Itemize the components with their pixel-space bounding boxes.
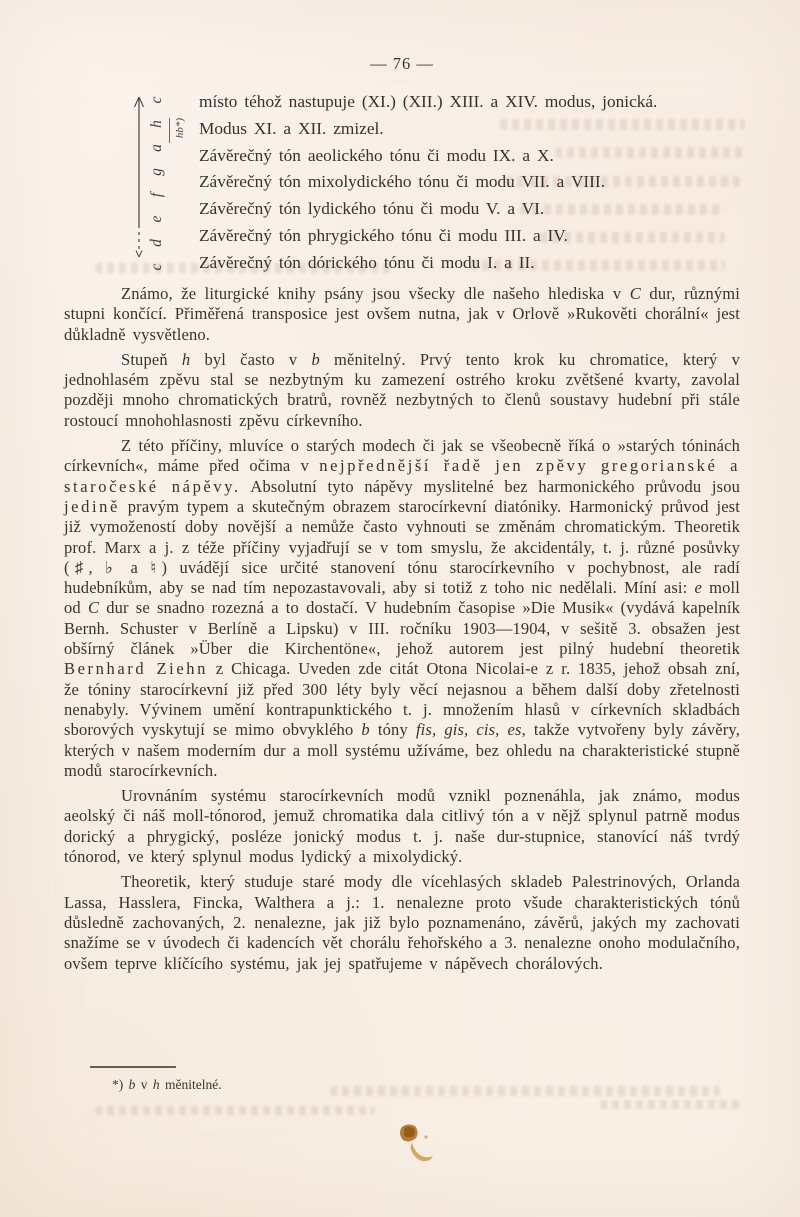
intro-list-line: Modus XI. a XII. zmizel. xyxy=(199,116,759,143)
text-segment: měnitelné. xyxy=(160,1077,222,1092)
scale-letter: c xyxy=(147,90,167,110)
text-segment: C xyxy=(630,284,641,303)
text-segment: C xyxy=(88,598,99,617)
scale-note: hb*) xyxy=(173,111,187,145)
ghost-bleedthrough xyxy=(330,1086,720,1096)
body-text: Známo, že liturgické knihy psány jsou vš… xyxy=(64,284,740,974)
text-segment: b xyxy=(361,720,369,739)
text-segment: Theoretik, který studuje staré mody dle … xyxy=(64,872,740,972)
paragraph: Urovnáním systému starocírkevních modů v… xyxy=(64,786,740,867)
text-segment: Bernhard Ziehn xyxy=(64,659,208,678)
intro-list-line: Závěrečný tón dórického tónu či modu I. … xyxy=(199,250,759,277)
text-segment: b xyxy=(312,350,320,369)
scale-letter: f xyxy=(147,185,167,205)
text-segment: Stupeň xyxy=(121,350,182,369)
text-segment: e xyxy=(695,578,702,597)
scale-letter: c xyxy=(147,257,167,277)
intro-list-line: Závěrečný tón lydického tónu či modu V. … xyxy=(199,196,759,223)
text-segment: dur se snadno rozezná a to dostačí. V hu… xyxy=(64,598,740,658)
footnote-rule xyxy=(90,1066,176,1068)
footnote: *) b v h měnitelné. xyxy=(112,1077,222,1093)
intro-list-line: Závěrečný tón aeolického tónu či modu IX… xyxy=(199,143,759,170)
text-segment: *) xyxy=(112,1077,129,1092)
text-segment: h xyxy=(153,1077,160,1092)
scanned-book-page: — 76 — cdefgahc hb*) místo téhož nastupu… xyxy=(0,0,800,1217)
text-segment: v xyxy=(135,1077,153,1092)
scale-letter: g xyxy=(147,162,167,182)
text-segment: pravým typem a skutečným obrazem starocí… xyxy=(64,497,740,597)
scale-note-rule xyxy=(169,118,170,143)
ghost-bleedthrough xyxy=(600,1100,740,1109)
paragraph: Známo, že liturgické knihy psány jsou vš… xyxy=(64,284,740,345)
page-number: — 76 — xyxy=(64,54,740,74)
intro-list-line: Závěrečný tón mixolydického tónu či modu… xyxy=(199,169,759,196)
paragraph: Theoretik, který studuje staré mody dle … xyxy=(64,872,740,973)
intro-list-line: Závěrečný tón phrygického tónu či modu I… xyxy=(199,223,759,250)
intro-list: místo téhož nastupuje (XI.) (XII.) XIII.… xyxy=(199,89,759,277)
text-segment: Známo, že liturgické knihy psány jsou vš… xyxy=(121,284,630,303)
ink-stain xyxy=(392,1118,442,1170)
text-segment: Urovnáním systému starocírkevních modů v… xyxy=(64,786,740,866)
scale-letter: e xyxy=(147,209,167,229)
scale-letter: d xyxy=(147,233,167,253)
paragraph: Z této příčiny, mluvíce o starých modech… xyxy=(64,436,740,781)
text-segment: jedině xyxy=(64,497,120,516)
paragraph: Stupeň h byl často v b měnitelný. Prvý t… xyxy=(64,350,740,431)
scale-letter: a xyxy=(147,138,167,158)
text-segment: Absolutní tyto nápěvy myslitelné bez har… xyxy=(241,477,740,496)
text-segment: fis, gis, cis, es xyxy=(416,720,522,739)
text-segment: byl často v xyxy=(190,350,311,369)
scale-letter: h xyxy=(147,114,167,134)
intro-list-line: místo téhož nastupuje (XI.) (XII.) XIII.… xyxy=(199,89,759,116)
ghost-bleedthrough xyxy=(95,1106,375,1115)
text-segment: tóny xyxy=(370,720,416,739)
